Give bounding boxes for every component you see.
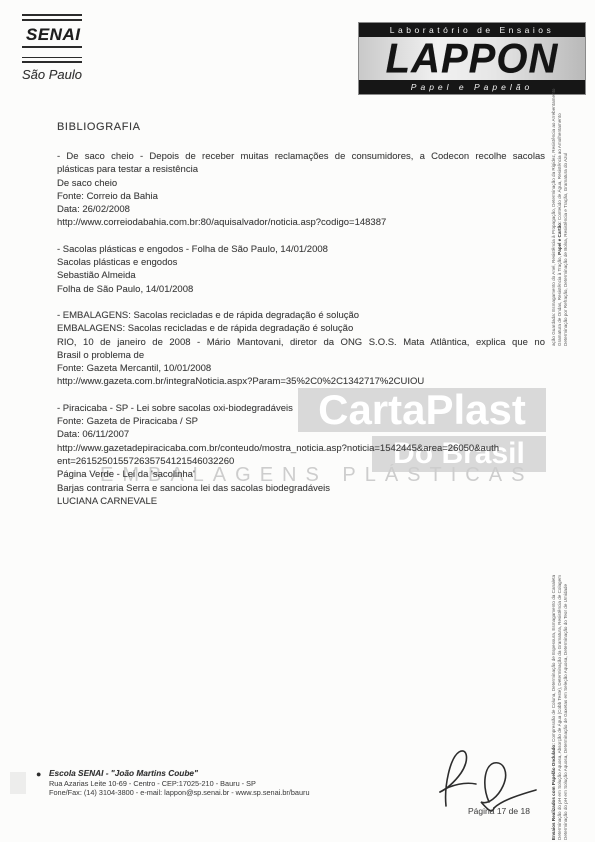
entry-url: http://www.gazetadepiracicaba.com.br/con… <box>57 442 545 455</box>
scanned-document-page: SENAI São Paulo Laboratório de Ensaios L… <box>0 0 595 842</box>
lappon-logo-text: LAPPON <box>386 38 559 80</box>
entry-url: http://www.gazeta.com.br/integraNoticia.… <box>57 375 545 388</box>
logo-rule <box>22 19 82 21</box>
lappon-logo-middle: LAPPON <box>359 37 585 80</box>
footer: Escola SENAI - "João Martins Coube" Rua … <box>49 768 369 798</box>
footer-bullet-icon: ● <box>36 769 41 779</box>
footer-contact: Fone/Fax: (14) 3104-3800 - e-mail: lappo… <box>49 788 369 798</box>
margin-note-text: Conteúdo de Água, Resistência ao Amolhen… <box>557 113 562 221</box>
footer-address: Rua Azarias Leite 10-69 - Centro - CEP:1… <box>49 779 369 789</box>
margin-note-text: Compressão de Coluna, Determinação de Es… <box>551 575 556 743</box>
logo-rule <box>22 61 82 63</box>
senai-logo: SENAI São Paulo <box>22 14 82 82</box>
entry-line: - De saco cheio - Depois de receber muit… <box>57 150 545 163</box>
entry-line: Página Verde - Lei da 'sacolinha' <box>57 468 545 481</box>
entry-line: - Sacolas plásticas e engodos - Folha de… <box>57 243 545 256</box>
margin-note-top: ação Guardada: Esmagamento do Anel, Resi… <box>551 100 570 346</box>
entry-line: Fonte: Correio da Bahia <box>57 190 545 203</box>
logo-gap <box>22 48 82 57</box>
footer-school-name: Escola SENAI - "João Martins Coube" <box>49 768 369 779</box>
entry-line: De saco cheio <box>57 177 545 190</box>
margin-note-line: Determinação por Refração, Determinação … <box>563 100 569 346</box>
entry-line: Sacolas plásticas e engodos <box>57 256 545 269</box>
margin-note-bold: Ensaios Realizados com Papelão Ondulado: <box>551 743 556 840</box>
margin-note-text: Gramatura de Ondas, Resistência à Tração… <box>557 255 562 346</box>
entry-line: Fonte: Gazeta de Piracicaba / SP <box>57 415 545 428</box>
entry-url: ent=261525015572635754121546032260 <box>57 455 545 468</box>
entry-url: http://www.correiodabahia.com.br:80/aqui… <box>57 216 545 229</box>
lappon-tagline-top: Laboratório de Ensaios <box>359 23 585 37</box>
margin-note-bottom: Ensaios Realizados com Papelão Ondulado:… <box>551 598 570 840</box>
entry-line: plásticas para testar a resistência <box>57 163 545 176</box>
entry-line: Barjas contraria Serra e sanciona lei da… <box>57 482 545 495</box>
senai-logo-text: SENAI <box>22 24 82 48</box>
margin-note-bold: Papel e Cartão: <box>557 221 562 254</box>
entry-line: Fonte: Gazeta Mercantil, 10/01/2008 <box>57 362 545 375</box>
entry-line: Data: 26/02/2008 <box>57 203 545 216</box>
footer-stamp-box <box>10 772 26 794</box>
entry-line: LUCIANA CARNEVALE <box>57 495 545 508</box>
entry-line: Sebastião Almeida <box>57 269 545 282</box>
bibliography-entry: - Sacolas plásticas e engodos - Folha de… <box>57 243 545 296</box>
lappon-logo: Laboratório de Ensaios LAPPON Papel e Pa… <box>358 22 586 95</box>
entry-line: - EMBALAGENS: Sacolas recicladas e de rá… <box>57 309 545 322</box>
entry-line: RIO, 10 de janeiro de 2008 - Mário Manto… <box>57 336 545 349</box>
logo-rule <box>22 14 82 16</box>
entry-line: Data: 06/11/2007 <box>57 428 545 441</box>
margin-note-line: Determinação do pH em Solução Aquosa, De… <box>563 598 569 840</box>
senai-region-text: São Paulo <box>22 67 82 82</box>
entry-line: Folha de São Paulo, 14/01/2008 <box>57 283 545 296</box>
bibliography-entry: - Piracicaba - SP - Lei sobre sacolas ox… <box>57 402 545 508</box>
logo-rule <box>22 57 82 59</box>
document-body: BIBLIOGRAFIA - De saco cheio - Depois de… <box>57 121 545 521</box>
entry-line: EMBALAGENS: Sacolas recicladas e de rápi… <box>57 322 545 335</box>
bibliography-entry: - De saco cheio - Depois de receber muit… <box>57 150 545 230</box>
entry-line: - Piracicaba - SP - Lei sobre sacolas ox… <box>57 402 545 415</box>
page-title: BIBLIOGRAFIA <box>57 121 545 133</box>
page-number: Página 17 de 18 <box>468 806 530 816</box>
entry-line: Brasil o problema de <box>57 349 545 362</box>
bibliography-entry: - EMBALAGENS: Sacolas recicladas e de rá… <box>57 309 545 389</box>
